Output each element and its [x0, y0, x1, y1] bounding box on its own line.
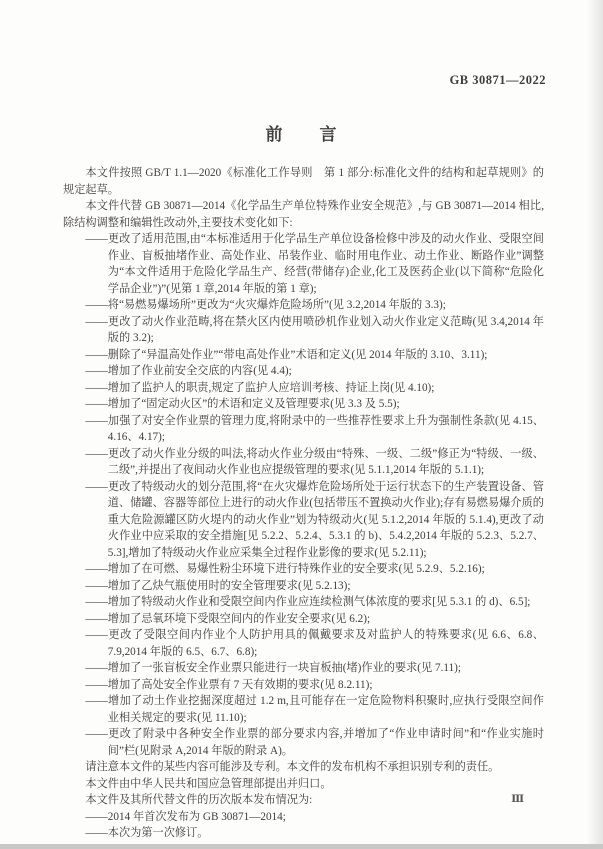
change-item: ——更改了适用范围,由“本标准适用于化学品生产单位设备检修中涉及的动火作业、受限…: [108, 231, 544, 297]
standard-number: GB 30871—2022: [450, 73, 546, 88]
page-number: Ⅲ: [511, 793, 524, 805]
history-item: ——本次为第一次修订。: [108, 825, 544, 842]
document-page: GB 30871—2022 前 言 本文件按照 GB/T 1.1—2020《标准…: [0, 0, 603, 849]
scan-edge-bottom: [0, 844, 603, 849]
history-item: ——2014 年首次发布为 GB 30871—2014;: [108, 809, 544, 826]
change-item: ——增加了乙炔气瓶使用时的安全管理要求(见 5.2.13);: [108, 578, 544, 595]
change-item: ——增加了在可燃、易爆性粉尘环境下进行特殊作业的安全要求(见 5.2.9、5.2…: [108, 561, 544, 578]
foreword-content: 本文件按照 GB/T 1.1—2020《标准化工作导则 第 1 部分:标准化文件…: [63, 165, 544, 842]
change-item: ——更改了动火作业分级的叫法,将动火作业分级由“特殊、一级、二级”修正为“特级、…: [108, 446, 544, 479]
intro-paragraphs: 本文件按照 GB/T 1.1—2020《标准化工作导则 第 1 部分:标准化文件…: [63, 165, 544, 231]
foreword-title: 前 言: [0, 120, 603, 145]
change-item: ——更改了附录中各种安全作业票的部分要求内容,并增加了“作业申请时间”和“作业实…: [108, 726, 544, 759]
change-item: ——增加了高处安全作业票有 7 天有效期的要求(见 8.2.11);: [108, 677, 544, 694]
change-item: ——增加了动土作业挖掘深度超过 1.2 m,且可能存在一定危险物料积聚时,应执行…: [108, 693, 544, 726]
intro-paragraph: 本文件按照 GB/T 1.1—2020《标准化工作导则 第 1 部分:标准化文件…: [63, 165, 544, 198]
change-item: ——增加了监护人的职责,规定了监护人应培训考核、持证上岗(见 4.10);: [108, 380, 544, 397]
changes-list: ——更改了适用范围,由“本标准适用于化学品生产单位设备检修中涉及的动火作业、受限…: [63, 231, 544, 759]
change-item: ——增加了作业前安全交底的内容(见 4.4);: [108, 363, 544, 380]
intro-paragraph: 本文件代替 GB 30871—2014《化学品生产单位特殊作业安全规范》,与 G…: [63, 198, 544, 231]
change-item: ——更改了特级动火的划分范围,将“在火灾爆炸危险场所处于运行状态下的生产装置设备…: [108, 479, 544, 562]
change-item: ——增加了特级动火作业和受限空间内作业应连续检测气体浓度的要求[见 5.3.1 …: [108, 594, 544, 611]
history-list: ——2014 年首次发布为 GB 30871—2014;——本次为第一次修订。: [63, 809, 544, 842]
closing-paragraph: 请注意本文件的某些内容可能涉及专利。本文件的发布机构不承担识别专利的责任。: [63, 759, 544, 776]
closing-paragraph: 本文件由中华人民共和国应急管理部提出并归口。: [63, 776, 544, 793]
closing-paragraph: 本文件及其所代替文件的历次版本发布情况为:: [63, 792, 544, 809]
change-item: ——增加了一张盲板安全作业票只能进行一块盲板抽(堵)作业的要求(见 7.11);: [108, 660, 544, 677]
change-item: ——更改了动火作业范畴,将在禁火区内使用喷砂机作业划入动火作业定义范畴(见 3.…: [108, 314, 544, 347]
change-item: ——增加了“固定动火区”的术语和定义及管理要求(见 3.3 及 5.5);: [108, 396, 544, 413]
change-item: ——增加了忌氧环境下受限空间内的作业安全要求(见 6.2);: [108, 611, 544, 628]
change-item: ——更改了受限空间内作业个人防护用具的佩戴要求及对监护人的特殊要求(见 6.6、…: [108, 627, 544, 660]
change-item: ——删除了“异温高处作业”“带电高处作业”术语和定义(见 2014 年版的 3.…: [108, 347, 544, 364]
closing-paragraphs: 请注意本文件的某些内容可能涉及专利。本文件的发布机构不承担识别专利的责任。本文件…: [63, 759, 544, 809]
change-item: ——加强了对安全作业票的管理力度,将附录中的一些推荐性要求上升为强制性条款(见 …: [108, 413, 544, 446]
change-item: ——将“易燃易爆场所”更改为“火灾爆炸危险场所”(见 3.2,2014 年版的 …: [108, 297, 544, 314]
